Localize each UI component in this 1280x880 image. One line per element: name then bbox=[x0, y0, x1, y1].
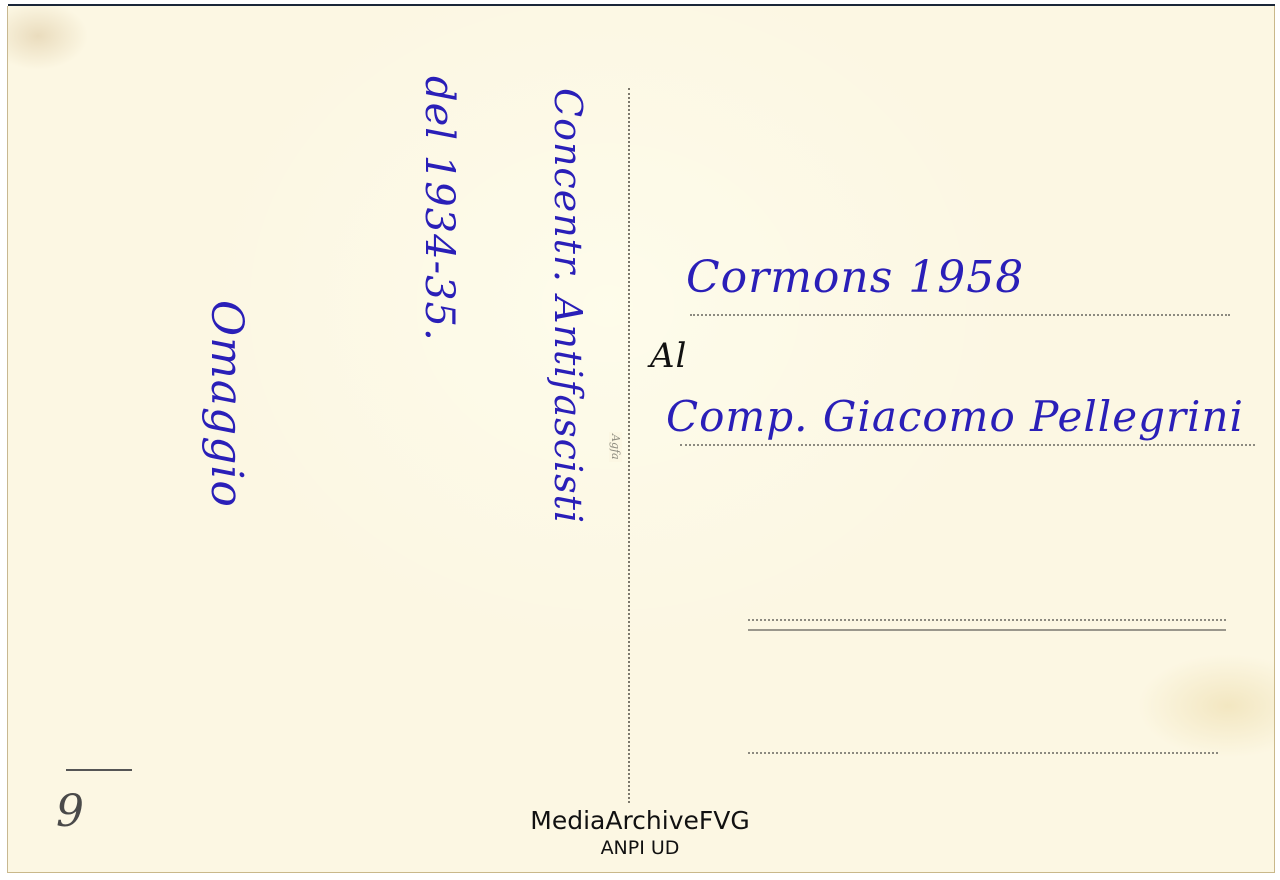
address-line-1 bbox=[690, 314, 1230, 316]
address-line-2 bbox=[680, 444, 1255, 446]
address-line-4 bbox=[748, 752, 1218, 754]
handwriting-al: Al bbox=[650, 336, 687, 376]
handwriting-recipient: Comp. Giacomo Pellegrini bbox=[666, 392, 1244, 441]
printer-mark: Agfa bbox=[609, 432, 622, 462]
watermark-source: ANPI UD bbox=[480, 836, 800, 860]
handwriting-concentrati: Concentr. Antifascisti bbox=[546, 88, 590, 524]
watermark-archive: MediaArchiveFVG bbox=[480, 806, 800, 836]
watermark: MediaArchiveFVG ANPI UD bbox=[480, 806, 800, 860]
pencil-mark-line bbox=[66, 769, 132, 771]
address-line-3-underline bbox=[748, 629, 1226, 631]
address-line-3 bbox=[748, 619, 1226, 621]
center-divider-line bbox=[628, 88, 630, 803]
handwriting-omaggio: Omaggio bbox=[201, 300, 252, 508]
handwriting-place-date: Cormons 1958 bbox=[686, 252, 1024, 303]
handwriting-years: del 1934-35. bbox=[416, 76, 462, 342]
pencil-number: 9 bbox=[56, 786, 84, 837]
